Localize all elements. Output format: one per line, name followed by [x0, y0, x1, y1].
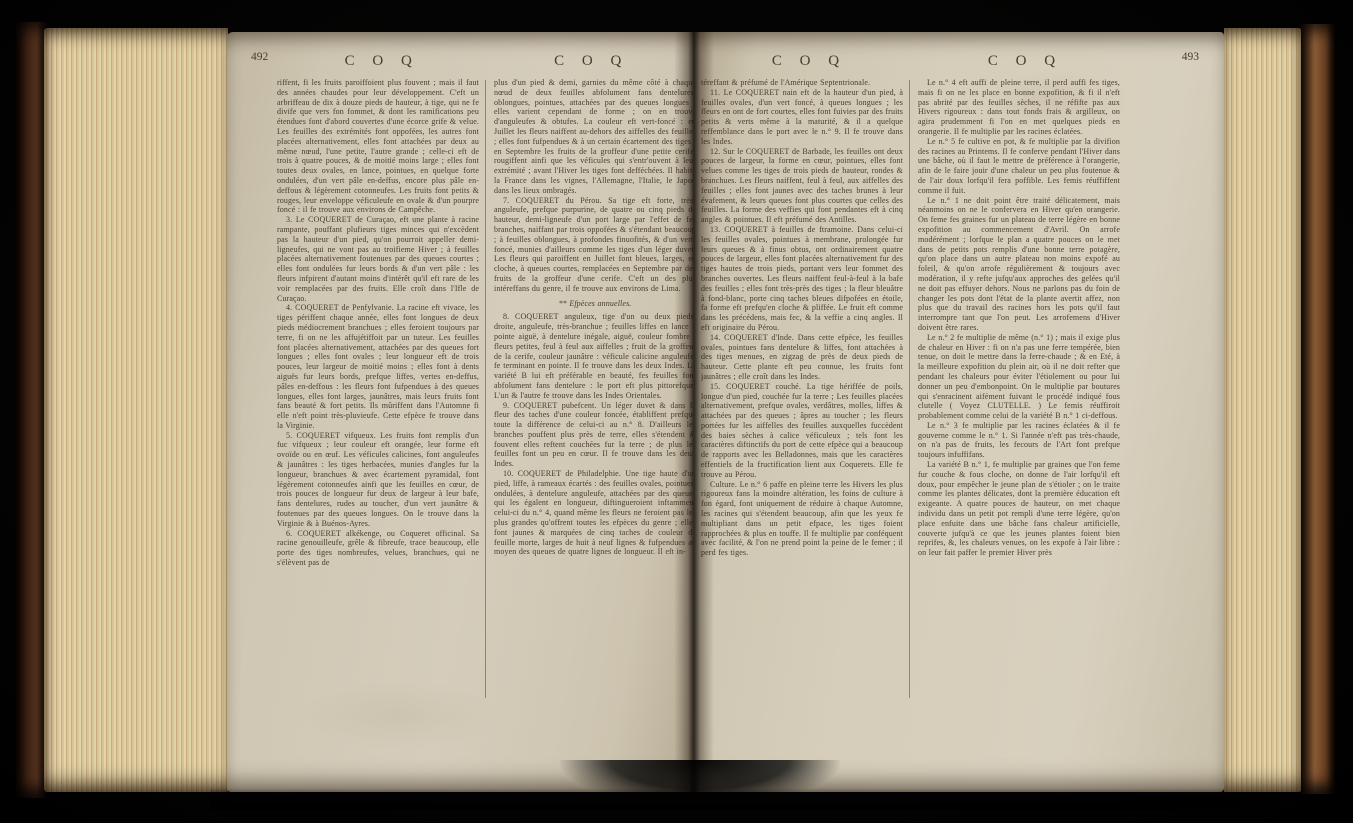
paragraph: 4. COQUERET de Penfylvanie. La racine ef…	[277, 303, 479, 430]
page-number: 492	[251, 51, 268, 63]
left-page-edges	[44, 28, 228, 792]
paragraph: 13. COQUERET à feuilles de ftramoine. Da…	[701, 225, 903, 333]
paragraph: téreffant & préfumé de l'Amérique Septen…	[701, 78, 903, 88]
right-page-header: C O Q C O Q 493	[701, 48, 1133, 74]
right-page-columns: téreffant & préfumé de l'Amérique Septen…	[701, 78, 1133, 702]
paragraph: La variété B n.° 1, fe multiplie par gra…	[918, 460, 1120, 558]
running-head: C O Q	[917, 53, 1133, 70]
paragraph: Le n.° 2 fe multiplie de même (n.° 1) ; …	[918, 333, 1120, 421]
paragraph: 7. COQUERET du Pérou. Sa tige eft forte,…	[494, 196, 696, 294]
text-column: Le n.° 4 eft auffi de pleine terre, il p…	[918, 78, 1120, 702]
paragraph: 14. COQUERET d'Inde. Dans cette efpèce, …	[701, 333, 903, 382]
paragraph: Le n.° 3 fe multiplie par les racines éc…	[918, 421, 1120, 460]
paragraph: Le n.° 4 eft auffi de pleine terre, il p…	[918, 78, 1120, 137]
right-book-cover	[1301, 24, 1335, 794]
paragraph: 6. COQUERET alkékenge, ou Coqueret offic…	[277, 529, 479, 568]
paragraph: 5. COQUERET vifqueux. Les fruits font re…	[277, 431, 479, 529]
right-page-surface: C O Q C O Q 493 téreffant & préfumé de l…	[693, 32, 1133, 808]
paragraph: 9. COQUERET pubefcent. Un léger duvet & …	[494, 401, 696, 470]
text-column: plus d'un pied & demi, garnies du même c…	[494, 78, 696, 702]
left-page-columns: riffent, fi les fruits paroiffoient plus…	[277, 78, 696, 702]
right-page: C O Q C O Q 493 téreffant & préfumé de l…	[693, 32, 1224, 792]
text-column: téreffant & préfumé de l'Amérique Septen…	[701, 78, 903, 702]
column-rule	[485, 80, 486, 698]
paragraph: Le n.° 5 fe cultive en pot, & fe multipl…	[918, 137, 1120, 196]
column-rule	[909, 80, 910, 698]
left-page: 492 C O Q C O Q riffent, fi les fruits p…	[227, 32, 693, 792]
left-page-header: 492 C O Q C O Q	[277, 48, 696, 74]
right-page-edges	[1224, 28, 1302, 792]
paragraph: 3. Le COQUERET de Curaçao, eft une plant…	[277, 215, 479, 303]
running-head: C O Q	[277, 53, 487, 70]
spine-gutter-shadow	[674, 32, 714, 792]
paragraph: 12. Sur le COQUERET de Barbade, les feui…	[701, 147, 903, 225]
paragraph: plus d'un pied & demi, garnies du même c…	[494, 78, 696, 196]
running-head: C O Q	[701, 53, 917, 70]
left-page-surface: 492 C O Q C O Q riffent, fi les fruits p…	[227, 32, 696, 808]
section-heading: ** Efpèces annuelles.	[494, 299, 696, 309]
paragraph: Le n.° 1 ne doit point être traité délic…	[918, 196, 1120, 333]
text-column: riffent, fi les fruits paroiffoient plus…	[277, 78, 479, 702]
paragraph: Culture. Le n.° 6 paffe en pleine terre …	[701, 480, 903, 558]
left-book-cover	[16, 22, 46, 798]
page-number: 493	[1182, 51, 1199, 63]
paragraph: 8. COQUERET anguleux, tige d'un ou deux …	[494, 312, 696, 400]
paragraph: 10. COQUERET de Philadelphie. Une tige h…	[494, 469, 696, 557]
paragraph: riffent, fi les fruits paroiffoient plus…	[277, 78, 479, 215]
book-bottom-shadow	[210, 788, 1240, 810]
running-head: C O Q	[487, 53, 697, 70]
photo-background: 492 C O Q C O Q riffent, fi les fruits p…	[0, 0, 1353, 823]
paragraph: 15. COQUERET couché. La tige hériffée de…	[701, 382, 903, 480]
paragraph: 11. Le COQUERET nain eft de la hauteur d…	[701, 88, 903, 147]
